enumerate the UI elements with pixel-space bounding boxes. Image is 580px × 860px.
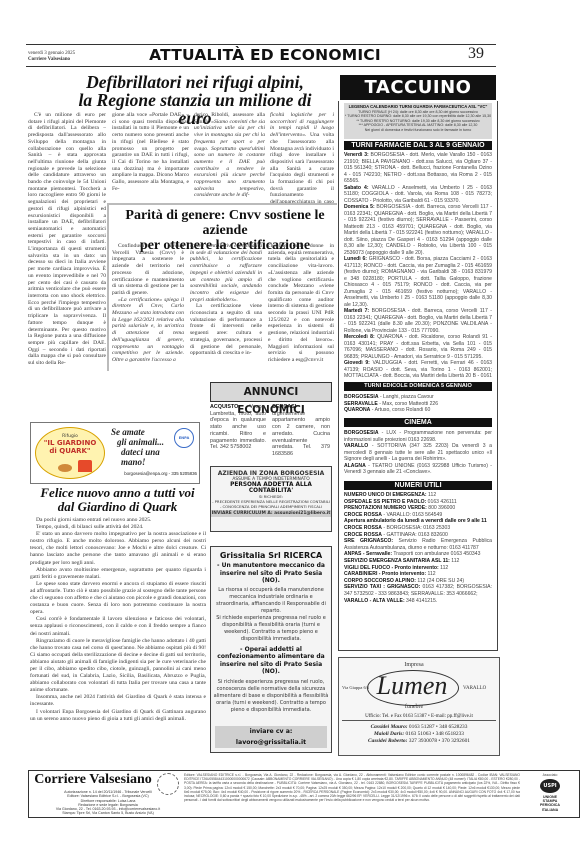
parita-col-1-quote: «è stata introdotta con la Legge 162/202…: [112, 310, 184, 363]
lumen-funeral-ad: Impresa Lumen funebre Via Giappa 6/1 VAR…: [338, 657, 500, 756]
grissitalia-cta: inviare cv a: lavoro@grissitalia.it: [215, 726, 327, 748]
uspi-label: Associato: [526, 773, 574, 777]
number-value: 112: [439, 565, 449, 571]
useful-number-entry: PRENOTAZIONI NUMERO VERDE: 800 396000: [344, 505, 492, 512]
useful-number-entry: SERVIZIO TAXI : GRIGNASCO: 0163 417382; …: [344, 584, 492, 597]
taccuino-title: TACCUINO: [340, 75, 496, 100]
newsstand-detail: - Artuso, corso Rolandi 60: [370, 407, 430, 413]
grissitalia-desc-2: Si richiede esperienza pregressa nel ruo…: [213, 679, 329, 714]
masthead-credit-line: Stampa: Tipre Srl, Via Canton Santo 5, B…: [33, 811, 183, 815]
quark-logo: Rifugio "IL GIARDINO di QUARK": [35, 427, 105, 479]
number-label: ANPAS - Serravalle:: [344, 551, 392, 557]
shift-day: Martedì 7:: [344, 308, 369, 314]
parita-col-3: clusione delle donne in azienda, equità …: [268, 243, 334, 371]
useful-number-entry: CROCE ROSSA - GATTINARA: 0163 832600: [344, 532, 492, 539]
slogan-line-1: Se amate: [111, 427, 171, 437]
lumen-contact: Ufficio: Tel. e Fax 0163 51387 • E-mail:…: [342, 714, 496, 721]
shift-day: Venerdì 3:: [344, 152, 369, 158]
shift-day: Mercoledì 8:: [344, 334, 375, 340]
ad-line-1: AZIENDA IN ZONA BORGOSESIA: [211, 470, 331, 477]
header-date: venerdì 3 gennaio 2025: [28, 51, 75, 56]
number-label: NUMERO UNICO DI EMERGENZA:: [344, 492, 427, 498]
number-label: CARABINIERI - Pronto intervento:: [344, 571, 426, 577]
useful-number-entry: VIGILI DEL FUOCO - Pronto intervento: 11…: [344, 565, 492, 572]
annuncio-keyword: CERCASI: [272, 404, 296, 410]
number-label: CROCE ROSSA: [344, 525, 382, 531]
parita-col-2: sgravi contributivi e premialità in sede…: [190, 243, 262, 371]
lumen-top: Impresa: [369, 662, 459, 668]
pharmacy-shift-entry: Domenica 5: BORGOSESIA - dott. Barreca, …: [344, 204, 492, 256]
quark-contact: borgosesia@enpa.org - 335 5205836: [117, 471, 197, 476]
parita-col-2-para: La certificazione viene riconosciuta a s…: [190, 303, 262, 357]
pharmacy-shift-entry: Mercoledì 8: QUARONA - dott. Ricaldone, …: [344, 334, 492, 360]
lumen-contact-person: Cassidei Roberto: 327 3930078 • 370 3292…: [342, 738, 496, 745]
col-3-quote: «Siamo convinti che sia un'iniziativa ut…: [194, 119, 265, 199]
newsstand-place: SERRAVALLE: [344, 401, 378, 407]
shift-pharmacies: GRIGNASCO - dott. Borsa, piazza Cacciami…: [344, 256, 492, 308]
person-phones: 0163 51287 • 348 6528233: [408, 724, 468, 730]
masthead-logo: Corriere Valsesiano: [33, 772, 153, 788]
quark-logo-line-3: di QUARK": [36, 447, 104, 455]
article-paragraph: Le spese sono state davvero enormi e anc…: [30, 581, 206, 616]
grissitalia-role-1: - Un manutentore meccanico da inserire n…: [215, 562, 327, 585]
article-paragraph: Insomma, anche nel 2024 l'attività del G…: [30, 694, 206, 708]
annunci-economici-title: ANNUNCI ECONOMICI: [210, 382, 332, 402]
newsstand-detail: - Langhi, piazza Cavour: [379, 394, 434, 400]
pharmacy-shift-entry: Giovedì 9: VALDUGGIA - dott. Ferretti, v…: [344, 360, 492, 378]
person-name: Cassidei Roberto:: [368, 738, 407, 744]
cinema-place: ALAGNA: [344, 463, 366, 469]
annuncio-text: Vespa, Lambretta, moto, auto d'epoca in …: [210, 404, 266, 450]
parita-col-1-para: Confindustria Novara Vercelli Valsesia (…: [112, 243, 184, 297]
pharmacy-shift-entry: Lunedì 6: GRIGNASCO - dott. Borsa, piazz…: [344, 256, 492, 308]
cinema-title: CINEMA: [344, 418, 492, 427]
cinema-entry: ALAGNA - TEATRO UNIONE (0163 922988 Uffi…: [344, 463, 492, 476]
lumen-contact-person: Cassidei Mauro: 0163 51287 • 348 6528233: [342, 724, 496, 731]
number-value: 800 396000: [427, 505, 455, 511]
page-number: 39: [468, 45, 484, 63]
cinema-detail: - TEATRO UNIONE (0163 922988 Ufficio Tur…: [344, 463, 492, 476]
dog-house-icon: [78, 460, 92, 472]
article-paragraph: Così com'è è fondamentale il lavoro sile…: [30, 616, 206, 637]
dog-icon: [58, 464, 72, 472]
annuncio-acquisto: ACQUISTO Vespa, Lambretta, moto, auto d'…: [210, 404, 266, 451]
article-paragraph: Da pochi giorni siamo entrati nel nuovo …: [30, 517, 206, 524]
ad-cta: INVIARE CURRICULUM A: assunzioni21@liber…: [211, 510, 331, 517]
cinema-place: VARALLO: [344, 443, 368, 449]
legend-title: LEGENDA CALENDARIO TURNI GUARDIA FARMACE…: [344, 105, 492, 110]
useful-number-entry: OSPEDALE SS PIETRO E PAOLO: 0163 426111: [344, 499, 492, 506]
borgosesia-job-ad: AZIENDA IN ZONA BORGOSESIA ASSUME A TEMP…: [210, 466, 332, 532]
defibrillatori-col-4: ficoltà logistiche per i soccorritori di…: [270, 112, 334, 205]
enpa-badge-icon: ENPA: [174, 428, 194, 448]
number-label: SRE GRIGNASCO:: [344, 538, 393, 544]
slogan-line-2: gli animali...: [111, 437, 171, 447]
headline-line-1: Defibrillatori nei rifugi alpini,: [60, 73, 330, 91]
numeri-utili-list: NUMERO UNICO DI EMERGENZA: 112OSPEDALE S…: [344, 492, 492, 604]
grissitalia-desc-1b: Si richiede esperienza pregressa nel ruo…: [213, 615, 329, 643]
grissitalia-job-ad: Grissitalia Srl RICERCA - Un manutentore…: [210, 546, 332, 753]
footer-masthead: Corriere Valsesiano Autorizzazione n. 14…: [28, 770, 580, 818]
number-label: SERVIZIO EMERGENZA SANITARIA ASL 11:: [344, 558, 450, 564]
newsstand-entry: QUARONA - Artuso, corso Rolandi 60: [344, 407, 492, 414]
useful-number-entry: SRE GRIGNASCO: Servizio Radio Emergenza …: [344, 538, 492, 551]
useful-number-entry: Apertura ambulatorio da lunedì a venerdì…: [344, 518, 492, 525]
union-line: ITALIANA: [526, 808, 574, 812]
parita-col-2-quote: sgravi contributivi e premialità in sede…: [190, 243, 262, 303]
number-value: 112: [450, 558, 460, 564]
col-4-text: Una volta che l'assessorato alla Montagn…: [270, 132, 334, 205]
number-value: 112: [426, 571, 436, 577]
lumen-logo: Lumen: [369, 670, 455, 702]
header-dateline: venerdì 3 gennaio 2025 Corriere Valsesia…: [28, 51, 75, 63]
article-paragraph: Ringraziamo di cuore le meravigliose fam…: [30, 638, 206, 695]
cinema-entry: VARALLO - SOTTORIVA (347 325 2203) Da ve…: [344, 443, 492, 463]
useful-number-entry: NUMERO UNICO DI EMERGENZA: 112: [344, 492, 492, 499]
uspi-union-text: UNIONESTAMPAPERIODICAITALIANA: [526, 795, 574, 812]
grissitalia-title: Grissitalia Srl RICERCA: [211, 551, 331, 560]
turni-edicole-title: TURNI EDICOLE DOMENICA 5 GENNAIO: [344, 382, 492, 391]
defibrillatori-col-2: gione alla voce «Portale DAE» – ci sono …: [112, 112, 189, 205]
masthead-credits: Autorizzazione n. 14 del 20/11/1946 - Tr…: [33, 790, 183, 816]
lumen-people: Cassidei Mauro: 0163 51287 • 348 6528233…: [342, 724, 496, 745]
number-value: Trasporti con ambulanze 0163 450343: [392, 551, 480, 557]
newsstand-place: BORGOSESIA: [344, 394, 379, 400]
turni-edicole-list: BORGOSESIA - Langhi, piazza CavourSERRAV…: [344, 394, 492, 414]
pharmacy-shift-entry: Martedì 7: BORGOSESIA - dott. Barreca, c…: [344, 308, 492, 334]
article-paragraph: E' stato un anno davvero molto impegnati…: [30, 531, 206, 566]
shift-day: Lunedì 6:: [344, 256, 367, 262]
legend-line: Nei giorni di domenica e festivi funzion…: [344, 128, 492, 133]
useful-number-entry: CROCE ROSSA - BORGOSESIA: 0163 25303: [344, 525, 492, 532]
defibrillatori-col-3: derico Riboldi, assessore alla Sanità: «…: [194, 112, 265, 205]
grissitalia-desc-1a: La risorsa si occuperà della manutenzion…: [213, 587, 329, 615]
lumen-address: Via Giappa 6/1: [342, 685, 369, 690]
annuncio-cercasi: CERCASI urgentemente appartamento ampio …: [272, 404, 330, 458]
number-label: Apertura ambulatorio da lunedì a venerdì…: [344, 518, 487, 524]
grissitalia-role-2: - Operai addetti al confezionamento alim…: [217, 646, 325, 676]
turni-farmacie-list: Venerdì 3: BORGOSESIA - dott. Merlo, via…: [344, 152, 492, 378]
headline-line-1: Felice nuovo anno a tutti voi: [30, 486, 205, 500]
number-label: VARALLO - ALTA VALLE:: [344, 598, 405, 604]
shift-day: Giovedì 9:: [344, 360, 370, 366]
lumen-contact-person: Maioli Daris: 0163 51063 • 348 6518233: [342, 731, 496, 738]
number-value: 112 (24 ORE SU 24): [416, 578, 464, 584]
article-paragraph: Tempo, quindi, di bilanci sulle attività…: [30, 524, 206, 531]
cinema-list: BORGOSESIA - LUX - Programmazione non pe…: [344, 430, 492, 476]
pharmacy-legend: LEGENDA CALENDARIO TURNI GUARDIA FARMACE…: [344, 103, 492, 139]
number-value: - BORGOSESIA: 0163 25303: [382, 525, 450, 531]
defibrillatori-col-1: C'è un milione di euro per dotare i rifu…: [28, 112, 106, 408]
ad-line-6: - CONOSCENZA DEI PRINCIPALI ADEMPIMENTI …: [211, 504, 331, 509]
cinema-place: BORGOSESIA: [344, 430, 379, 436]
number-label: CROCE ROSSA: [344, 532, 382, 538]
number-label: VIGILI DEL FUOCO - Pronto intervento:: [344, 565, 439, 571]
number-value: - VARALLO: 0163 564549: [382, 512, 442, 518]
slogan-line-3: dateci una mano!: [111, 447, 171, 467]
numeri-utili-title: NUMERI UTILI: [344, 481, 492, 490]
useful-number-entry: CORPO SOCCORSO ALPINO: 112 (24 ORE SU 24…: [344, 578, 492, 585]
annuncio-keyword: ACQUISTO: [210, 404, 238, 410]
lumen-city: VARALLO: [463, 686, 486, 691]
number-value: 112: [427, 492, 437, 498]
article-quark-body: Da pochi giorni siamo entrati nel nuovo …: [30, 517, 206, 767]
person-phones: 327 3930078 • 370 3292601: [407, 738, 470, 744]
article-paragraph: Abbiamo avuto moltissime emergenze, sopr…: [30, 567, 206, 581]
lumen-bottom: funebre: [369, 704, 459, 710]
number-label: OSPEDALE SS PIETRO E PAOLO:: [344, 499, 426, 505]
newsstand-place: QUARONA: [344, 407, 370, 413]
person-name: Maioli Daris:: [374, 731, 404, 737]
header-top-rule: [26, 44, 496, 45]
useful-number-entry: SERVIZIO EMERGENZA SANITARIA ASL 11: 112: [344, 558, 492, 565]
useful-number-entry: VARALLO - ALTA VALLE: 348 4141215.: [344, 598, 492, 605]
legend-line: * TURNO RESTRO DIURNO: dalle 8,30 alle o…: [344, 114, 492, 119]
shift-pharmacies: BORGOSESIA - dott. Barreca, corso Vercel…: [344, 204, 492, 256]
header-paper-name: Corriere Valsesiano: [28, 57, 75, 63]
ad-line-3: PERSONA ADDETTA ALLA CONTABILITA': [211, 482, 331, 494]
masthead-fineprint: Editore: VALSESIANO EDITRICE s.r.l. - Bo…: [184, 773, 520, 815]
useful-number-entry: CARABINIERI - Pronto intervento: 112: [344, 571, 492, 578]
uspi-logo-icon: USPI: [540, 779, 560, 793]
useful-number-entry: CROCE ROSSA - VARALLO: 0163 564549: [344, 512, 492, 519]
legend-line: *** APPOGGIO - APERTURA TESTINA AL MATTI…: [344, 123, 492, 128]
number-label: PRENOTAZIONI NUMERO VERDE:: [344, 505, 427, 511]
number-value: 0163 426111: [426, 499, 456, 505]
quark-slogan: Se amate gli animali... dateci una mano!: [111, 427, 171, 467]
pharmacy-shift-entry: Sabato 4: VARALLO - Anselmetti, via Umbe…: [344, 185, 492, 205]
number-value: - GATTINARA: 0163 832600: [382, 532, 448, 538]
person-phones: 0163 51063 • 348 6518233: [404, 731, 464, 737]
article-quark-headline: Felice nuovo anno a tutti voi dal Giardi…: [30, 486, 205, 514]
parita-col-1: Confindustria Novara Vercelli Valsesia (…: [112, 243, 184, 371]
pharmacy-shift-entry: Venerdì 3: BORGOSESIA - dott. Merlo, via…: [344, 152, 492, 185]
headline-line-2: dal Giardino di Quark: [30, 500, 205, 514]
cinema-entry: BORGOSESIA - LUX - Programmazione non pe…: [344, 430, 492, 443]
number-value: 348 4141215.: [405, 598, 438, 604]
turni-farmacie-title: TURNI FARMACIE DAL 3 AL 9 GENNAIO: [344, 141, 492, 150]
shift-day: Sabato 4:: [344, 185, 369, 191]
headline-line-1: Parità di genere: Cnvv sostiene le azien…: [110, 208, 340, 238]
quark-logo-line-2: "IL GIARDINO: [36, 439, 104, 447]
newsstand-detail: - Max, corso Matteotti 226: [378, 401, 438, 407]
useful-number-entry: ANPAS - Serravalle: Trasporti con ambula…: [344, 551, 492, 558]
person-name: Cassidei Mauro:: [371, 724, 408, 730]
quark-rifugio-ad: Rifugio "IL GIARDINO di QUARK" Se amate …: [30, 422, 200, 484]
section-title: ATTUALITÀ ED ECONOMICI: [140, 46, 390, 64]
header-bottom-rule: [26, 66, 496, 67]
article-paragraph: I volontari Enpa Borgosesia del Giardino…: [30, 709, 206, 723]
number-label: SERVIZIO TAXI : GRIGNASCO:: [344, 584, 420, 590]
number-label: CROCE ROSSA: [344, 512, 382, 518]
annuncio-text: urgentemente appartamento ampio con 2 ca…: [272, 411, 330, 457]
number-label: CORPO SOCCORSO ALPINO:: [344, 578, 416, 584]
shift-day: Domenica 5:: [344, 204, 375, 210]
